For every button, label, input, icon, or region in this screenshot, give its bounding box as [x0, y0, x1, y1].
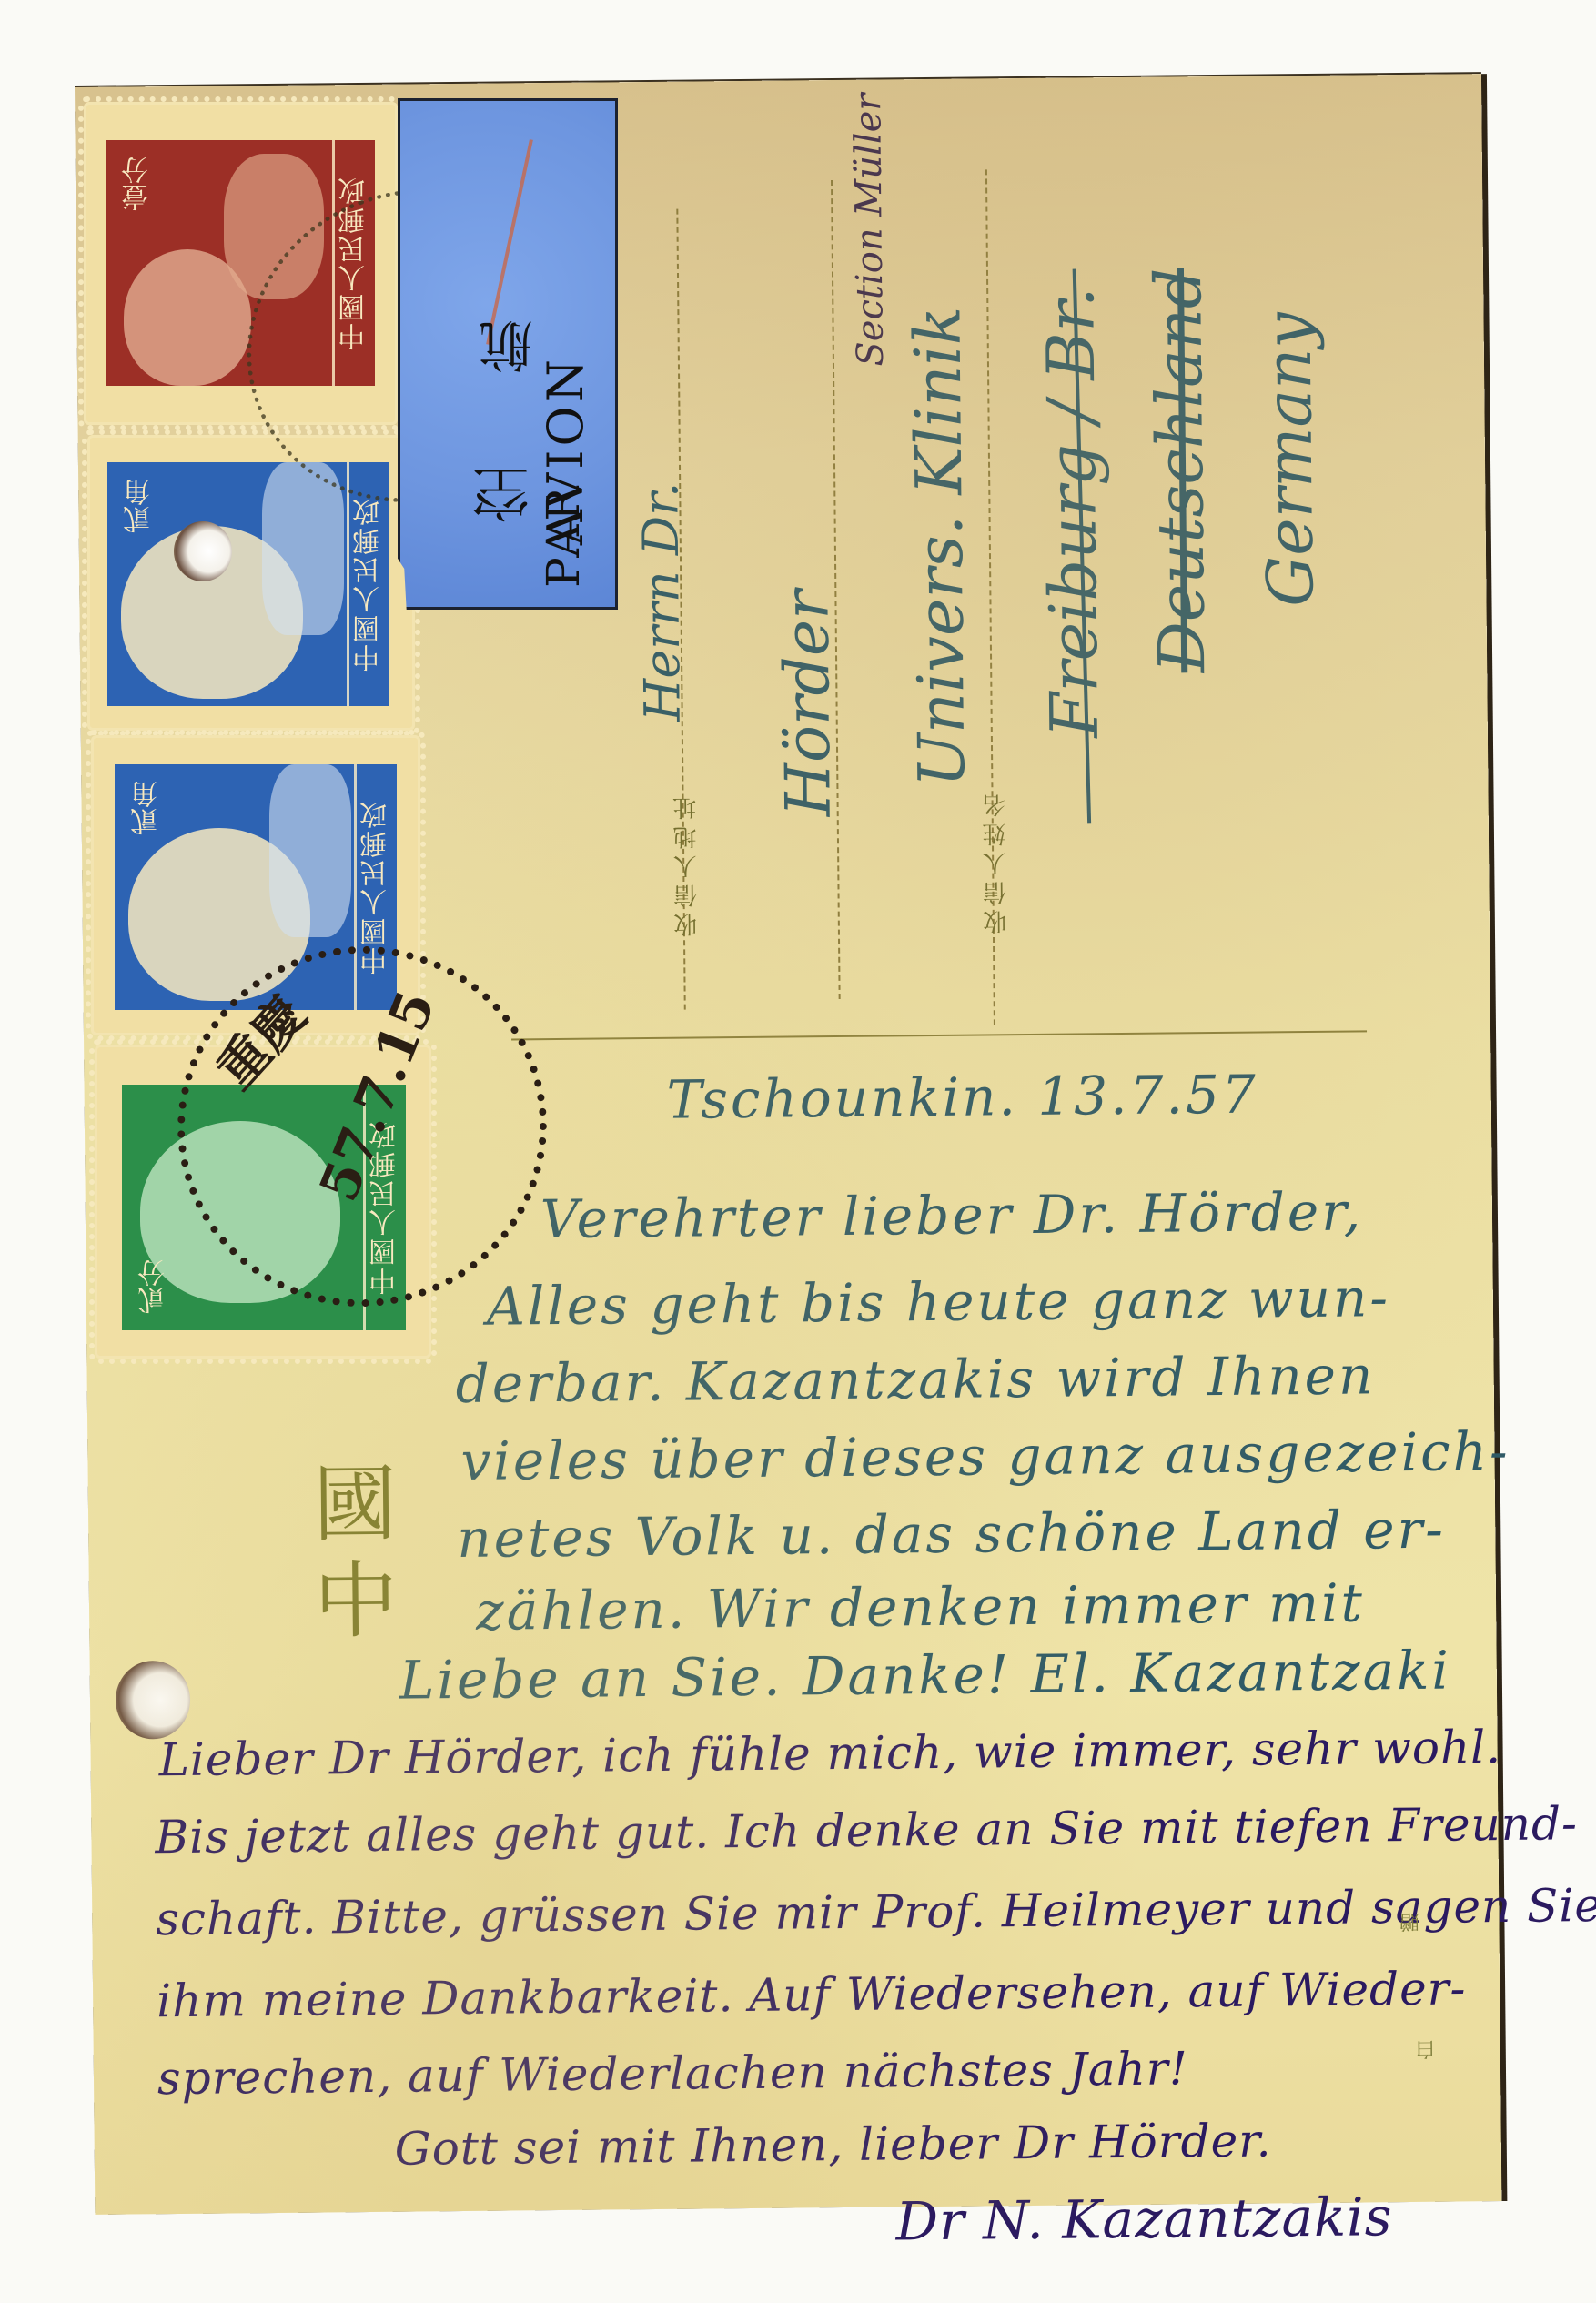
address-note: Section Müller: [848, 93, 942, 367]
address-line-institution: Univers. Klinik: [900, 307, 979, 788]
punch-hole: [174, 521, 232, 581]
address-line-name: Hörder: [771, 590, 844, 817]
stamp-red-denomination-cn: 壹分: [118, 157, 158, 211]
address-line-country-de: Deutschland: [1141, 268, 1219, 673]
address-line-country-en: Germany: [1250, 312, 1328, 607]
letter-place-date: Tschounkin. 13.7.57: [666, 1064, 1258, 1131]
address-line-city: Freiburg / Br.: [1032, 287, 1113, 738]
airmail-par: PAR: [537, 483, 590, 588]
letter-signature: Dr N. Kazantzakis: [895, 2186, 1393, 2252]
letter-line: derbar. Kazantzakis wird Ihnen: [455, 1344, 1375, 1415]
airmail-label: 航 空 AVION PAR: [398, 98, 618, 610]
address-line-salutation: Herrn Dr.: [631, 482, 692, 722]
letter-line: Lieber Dr Hörder, ich fühle mich, wie im…: [158, 1721, 1501, 1786]
airmail-cn-kong: 空: [464, 465, 548, 523]
red-pencil-stroke: [486, 139, 533, 345]
stamp-blue-1-image: 貳角 中國人民郵政: [107, 462, 389, 706]
recipient-name-label: 收信人姓名: [978, 788, 1014, 934]
message-divider: [511, 1030, 1367, 1040]
stamp-blue-1-country-text: 中國人民郵政: [349, 497, 389, 672]
recipient-address-label: 收信人地址: [669, 791, 704, 936]
margin-mark: 白: [1413, 2040, 1441, 2060]
letter-line: ihm meine Dankbarkeit. Auf Wiedersehen, …: [157, 1962, 1467, 2027]
letter-line: netes Volk u. das schöne Land er-: [457, 1499, 1446, 1570]
letter-line: vieles über dieses ganz ausgezeich-: [460, 1420, 1510, 1492]
letter-line: sprechen, auf Wiederlachen nächstes Jahr…: [157, 2042, 1188, 2105]
letter-line: Bis jetzt alles geht gut. Ich denke an S…: [155, 1797, 1578, 1864]
margin-mark: 贈: [1397, 1913, 1425, 1933]
letter-line: Gott sei mit Ihnen, lieber Dr Hörder.: [394, 2114, 1271, 2175]
letter-line: Verehrter lieber Dr. Hörder,: [540, 1180, 1364, 1250]
letter-line: Liebe an Sie. Danke! El. Kazantzaki: [399, 1640, 1451, 1712]
stamp-blue-1-denomination-cn: 貳角: [120, 479, 160, 533]
wheat-icon: [262, 462, 344, 635]
punch-hole: [116, 1661, 191, 1740]
letter-line: schaft. Bitte, grüssen Sie mir Prof. Hei…: [156, 1879, 1596, 1945]
wheat-icon: [269, 764, 351, 937]
country-char-zhong: 中: [305, 1552, 406, 1650]
china-country-mark: 國 中: [304, 1457, 406, 1651]
letter-line: zählen. Wir denken immer mit: [476, 1571, 1365, 1641]
country-char-guo: 國: [304, 1457, 405, 1554]
postmark-date: 57.7.15: [308, 982, 448, 1209]
stamp-green-denomination-cn: 貳分: [135, 1259, 175, 1314]
stamp-blue-2-denomination-cn: 貳角: [127, 781, 167, 835]
letter-line: Alles geht bis heute ganz wun-: [487, 1267, 1391, 1338]
